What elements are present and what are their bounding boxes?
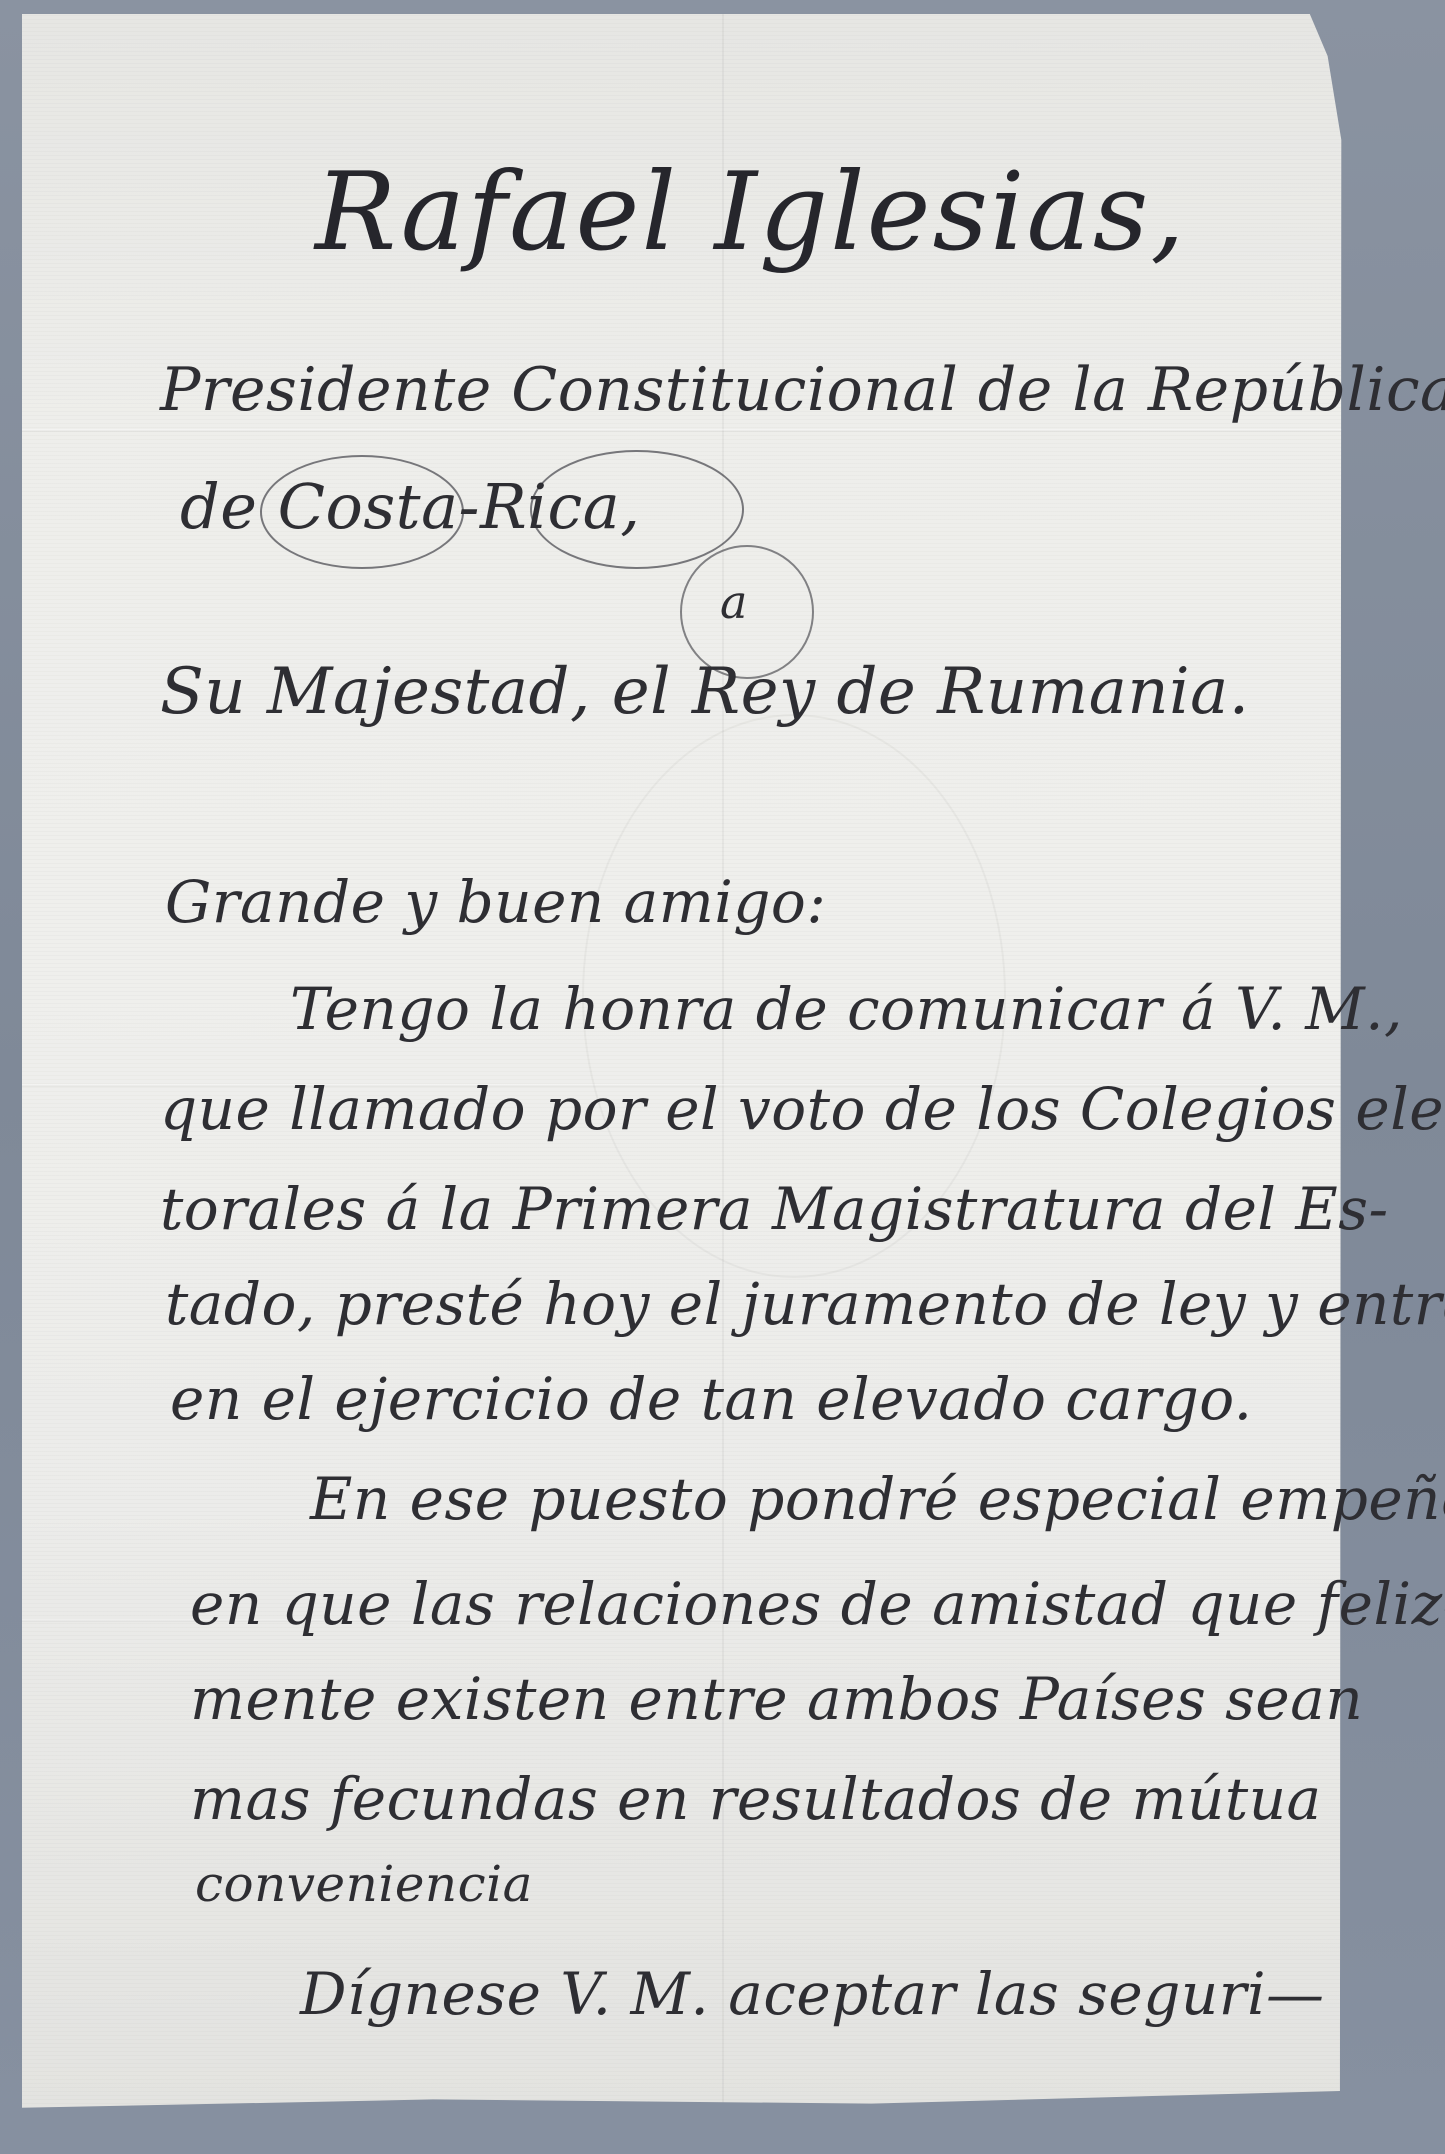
body-line: conveniencia xyxy=(195,1855,533,1913)
sender-title-line-2: de Costa-Rica, xyxy=(180,470,640,543)
body-line: que llamado por el voto de los Colegios … xyxy=(160,1075,1445,1143)
body-line: tado, presté hoy el juramento de ley y e… xyxy=(165,1270,1445,1338)
horizontal-fold-crease xyxy=(22,429,1392,432)
salutation: Grande y buen amigo: xyxy=(165,868,826,936)
body-line: en que las relaciones de amistad que fel… xyxy=(190,1570,1445,1638)
body-line: En ese puesto pondré especial empeño xyxy=(310,1465,1445,1533)
body-line: en el ejercicio de tan elevado cargo. xyxy=(170,1365,1253,1433)
body-line: Dígnese V. M. aceptar las seguri— xyxy=(300,1960,1325,2028)
body-line: mente existen entre ambos Países sean xyxy=(190,1665,1363,1733)
sender-title-line-1: Presidente Constitucional de la Repúblic… xyxy=(160,355,1445,425)
sender-name: Rafael Iglesias, xyxy=(315,150,1187,275)
preposition: a xyxy=(720,575,748,629)
body-line: Tengo la honra de comunicar á V. M., xyxy=(290,975,1403,1043)
addressee: Su Majestad, el Rey de Rumania. xyxy=(160,655,1250,729)
body-line: mas fecundas en resultados de mútua xyxy=(190,1765,1322,1833)
body-line: torales á la Primera Magistratura del Es… xyxy=(160,1175,1389,1243)
